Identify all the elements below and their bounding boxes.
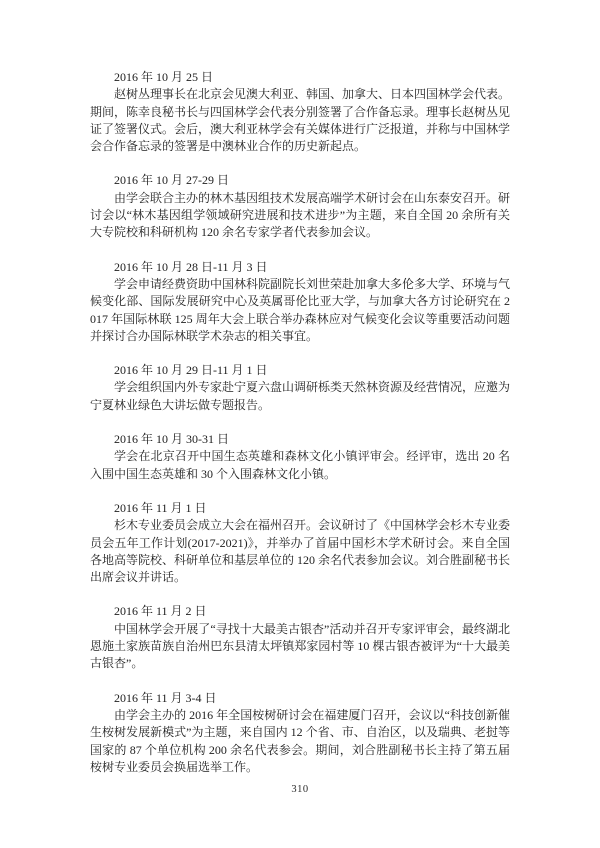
entry-date: 2016 年 10 月 30-31 日 [90,431,510,448]
chronicle-text-block: 2016 年 10 月 25 日 赵树丛理事长在北京会见澳大利亚、韩国、加拿大、… [90,69,510,793]
chronicle-entry: 2016 年 11 月 1 日 杉木专业委员会成立大会在福州召开。会议研讨了《中… [90,500,510,586]
chronicle-entry: 2016 年 10 月 30-31 日 学会在北京召开中国生态英雄和森林文化小镇… [90,431,510,483]
entry-body: 杉木专业委员会成立大会在福州召开。会议研讨了《中国林学会杉木专业委员会五年工作计… [90,517,510,586]
entry-body: 由学会主办的 2016 年全国桉树研讨会在福建厦门召开，会议以“科技创新催生桉树… [90,707,510,776]
entry-date: 2016 年 10 月 29 日-11 月 1 日 [90,362,510,379]
entry-date: 2016 年 10 月 28 日-11 月 3 日 [90,259,510,276]
entry-body: 由学会联合主办的林木基因组技术发展高端学术研讨会在山东泰安召开。研讨会以“林木基… [90,190,510,242]
chronicle-entry: 2016 年 11 月 2 日 中国林学会开展了“寻找十大最美古银杏”活动并召开… [90,603,510,672]
chronicle-entry: 2016 年 10 月 29 日-11 月 1 日 学会组织国内外专家赴宁夏六盘… [90,362,510,414]
entry-body: 学会组织国内外专家赴宁夏六盘山调研栎类天然林资源及经营情况，应邀为宁夏林业绿色大… [90,379,510,414]
chronicle-entry: 2016 年 10 月 25 日 赵树丛理事长在北京会见澳大利亚、韩国、加拿大、… [90,69,510,155]
chronicle-entry: 2016 年 11 月 3-4 日 由学会主办的 2016 年全国桉树研讨会在福… [90,690,510,776]
entry-date: 2016 年 11 月 2 日 [90,603,510,620]
chronicle-entry: 2016 年 10 月 27-29 日 由学会联合主办的林木基因组技术发展高端学… [90,172,510,241]
page-number: 310 [0,784,600,795]
entry-body: 中国林学会开展了“寻找十大最美古银杏”活动并召开专家评审会，最终湖北恩施土家族苗… [90,621,510,673]
entry-body: 赵树丛理事长在北京会见澳大利亚、韩国、加拿大、日本四国林学会代表。期间，陈幸良秘… [90,86,510,155]
entry-body: 学会在北京召开中国生态英雄和森林文化小镇评审会。经评审，选出 20 名入围中国生… [90,448,510,483]
entry-body: 学会申请经费资助中国林科院副院长刘世荣赴加拿大多伦多大学、环境与气候变化部、国际… [90,276,510,345]
document-page: 2016 年 10 月 25 日 赵树丛理事长在北京会见澳大利亚、韩国、加拿大、… [0,0,600,848]
entry-date: 2016 年 11 月 1 日 [90,500,510,517]
entry-date: 2016 年 11 月 3-4 日 [90,690,510,707]
chronicle-entry: 2016 年 10 月 28 日-11 月 3 日 学会申请经费资助中国林科院副… [90,259,510,345]
entry-date: 2016 年 10 月 27-29 日 [90,172,510,189]
entry-date: 2016 年 10 月 25 日 [90,69,510,86]
